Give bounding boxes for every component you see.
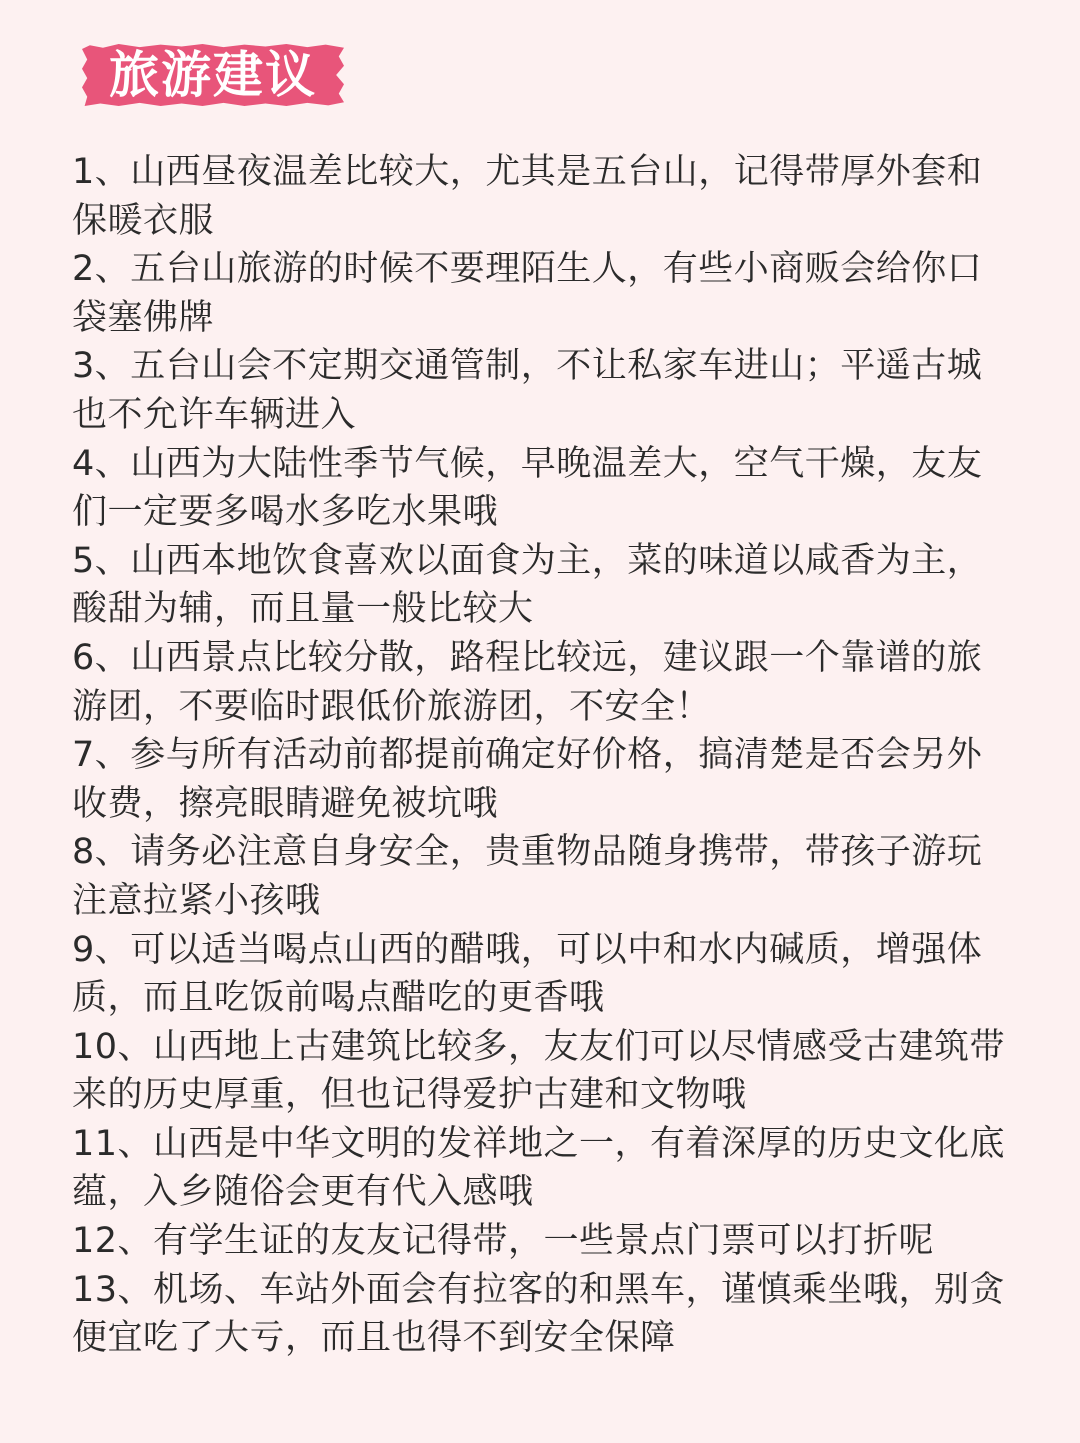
tip-item: 12、有学生证的友友记得带，一些景点门票可以打折呢 [72,1217,1012,1266]
tip-item: 5、山西本地饮食喜欢以面食为主，菜的味道以咸香为主，酸甜为辅，而且量一般比较大 [72,537,1012,634]
tip-item: 1、山西昼夜温差比较大，尤其是五台山，记得带厚外套和保暖衣服 [72,148,1012,245]
title-badge: 旅游建议 [82,44,344,106]
page-title: 旅游建议 [109,50,317,100]
tip-item: 3、五台山会不定期交通管制，不让私家车进山；平遥古城也不允许车辆进入 [72,342,1012,439]
travel-tips-list: 1、山西昼夜温差比较大，尤其是五台山，记得带厚外套和保暖衣服 2、五台山旅游的时… [72,148,1012,1363]
tip-item: 9、可以适当喝点山西的醋哦，可以中和水内碱质，增强体质，而且吃饭前喝点醋吃的更香… [72,926,1012,1023]
tip-item: 4、山西为大陆性季节气候，早晚温差大，空气干燥，友友们一定要多喝水多吃水果哦 [72,440,1012,537]
tip-item: 6、山西景点比较分散，路程比较远，建议跟一个靠谱的旅游团，不要临时跟低价旅游团，… [72,634,1012,731]
tip-item: 11、山西是中华文明的发祥地之一，有着深厚的历史文化底蕴，入乡随俗会更有代入感哦 [72,1120,1012,1217]
tip-item: 2、五台山旅游的时候不要理陌生人，有些小商贩会给你口袋塞佛牌 [72,245,1012,342]
tip-item: 7、参与所有活动前都提前确定好价格，搞清楚是否会另外收费，擦亮眼睛避免被坑哦 [72,731,1012,828]
tip-item: 8、请务必注意自身安全，贵重物品随身携带，带孩子游玩注意拉紧小孩哦 [72,828,1012,925]
tip-item: 13、机场、车站外面会有拉客的和黑车，谨慎乘坐哦，别贪便宜吃了大亏，而且也得不到… [72,1266,1012,1363]
tip-item: 10、山西地上古建筑比较多，友友们可以尽情感受古建筑带来的历史厚重，但也记得爱护… [72,1023,1012,1120]
